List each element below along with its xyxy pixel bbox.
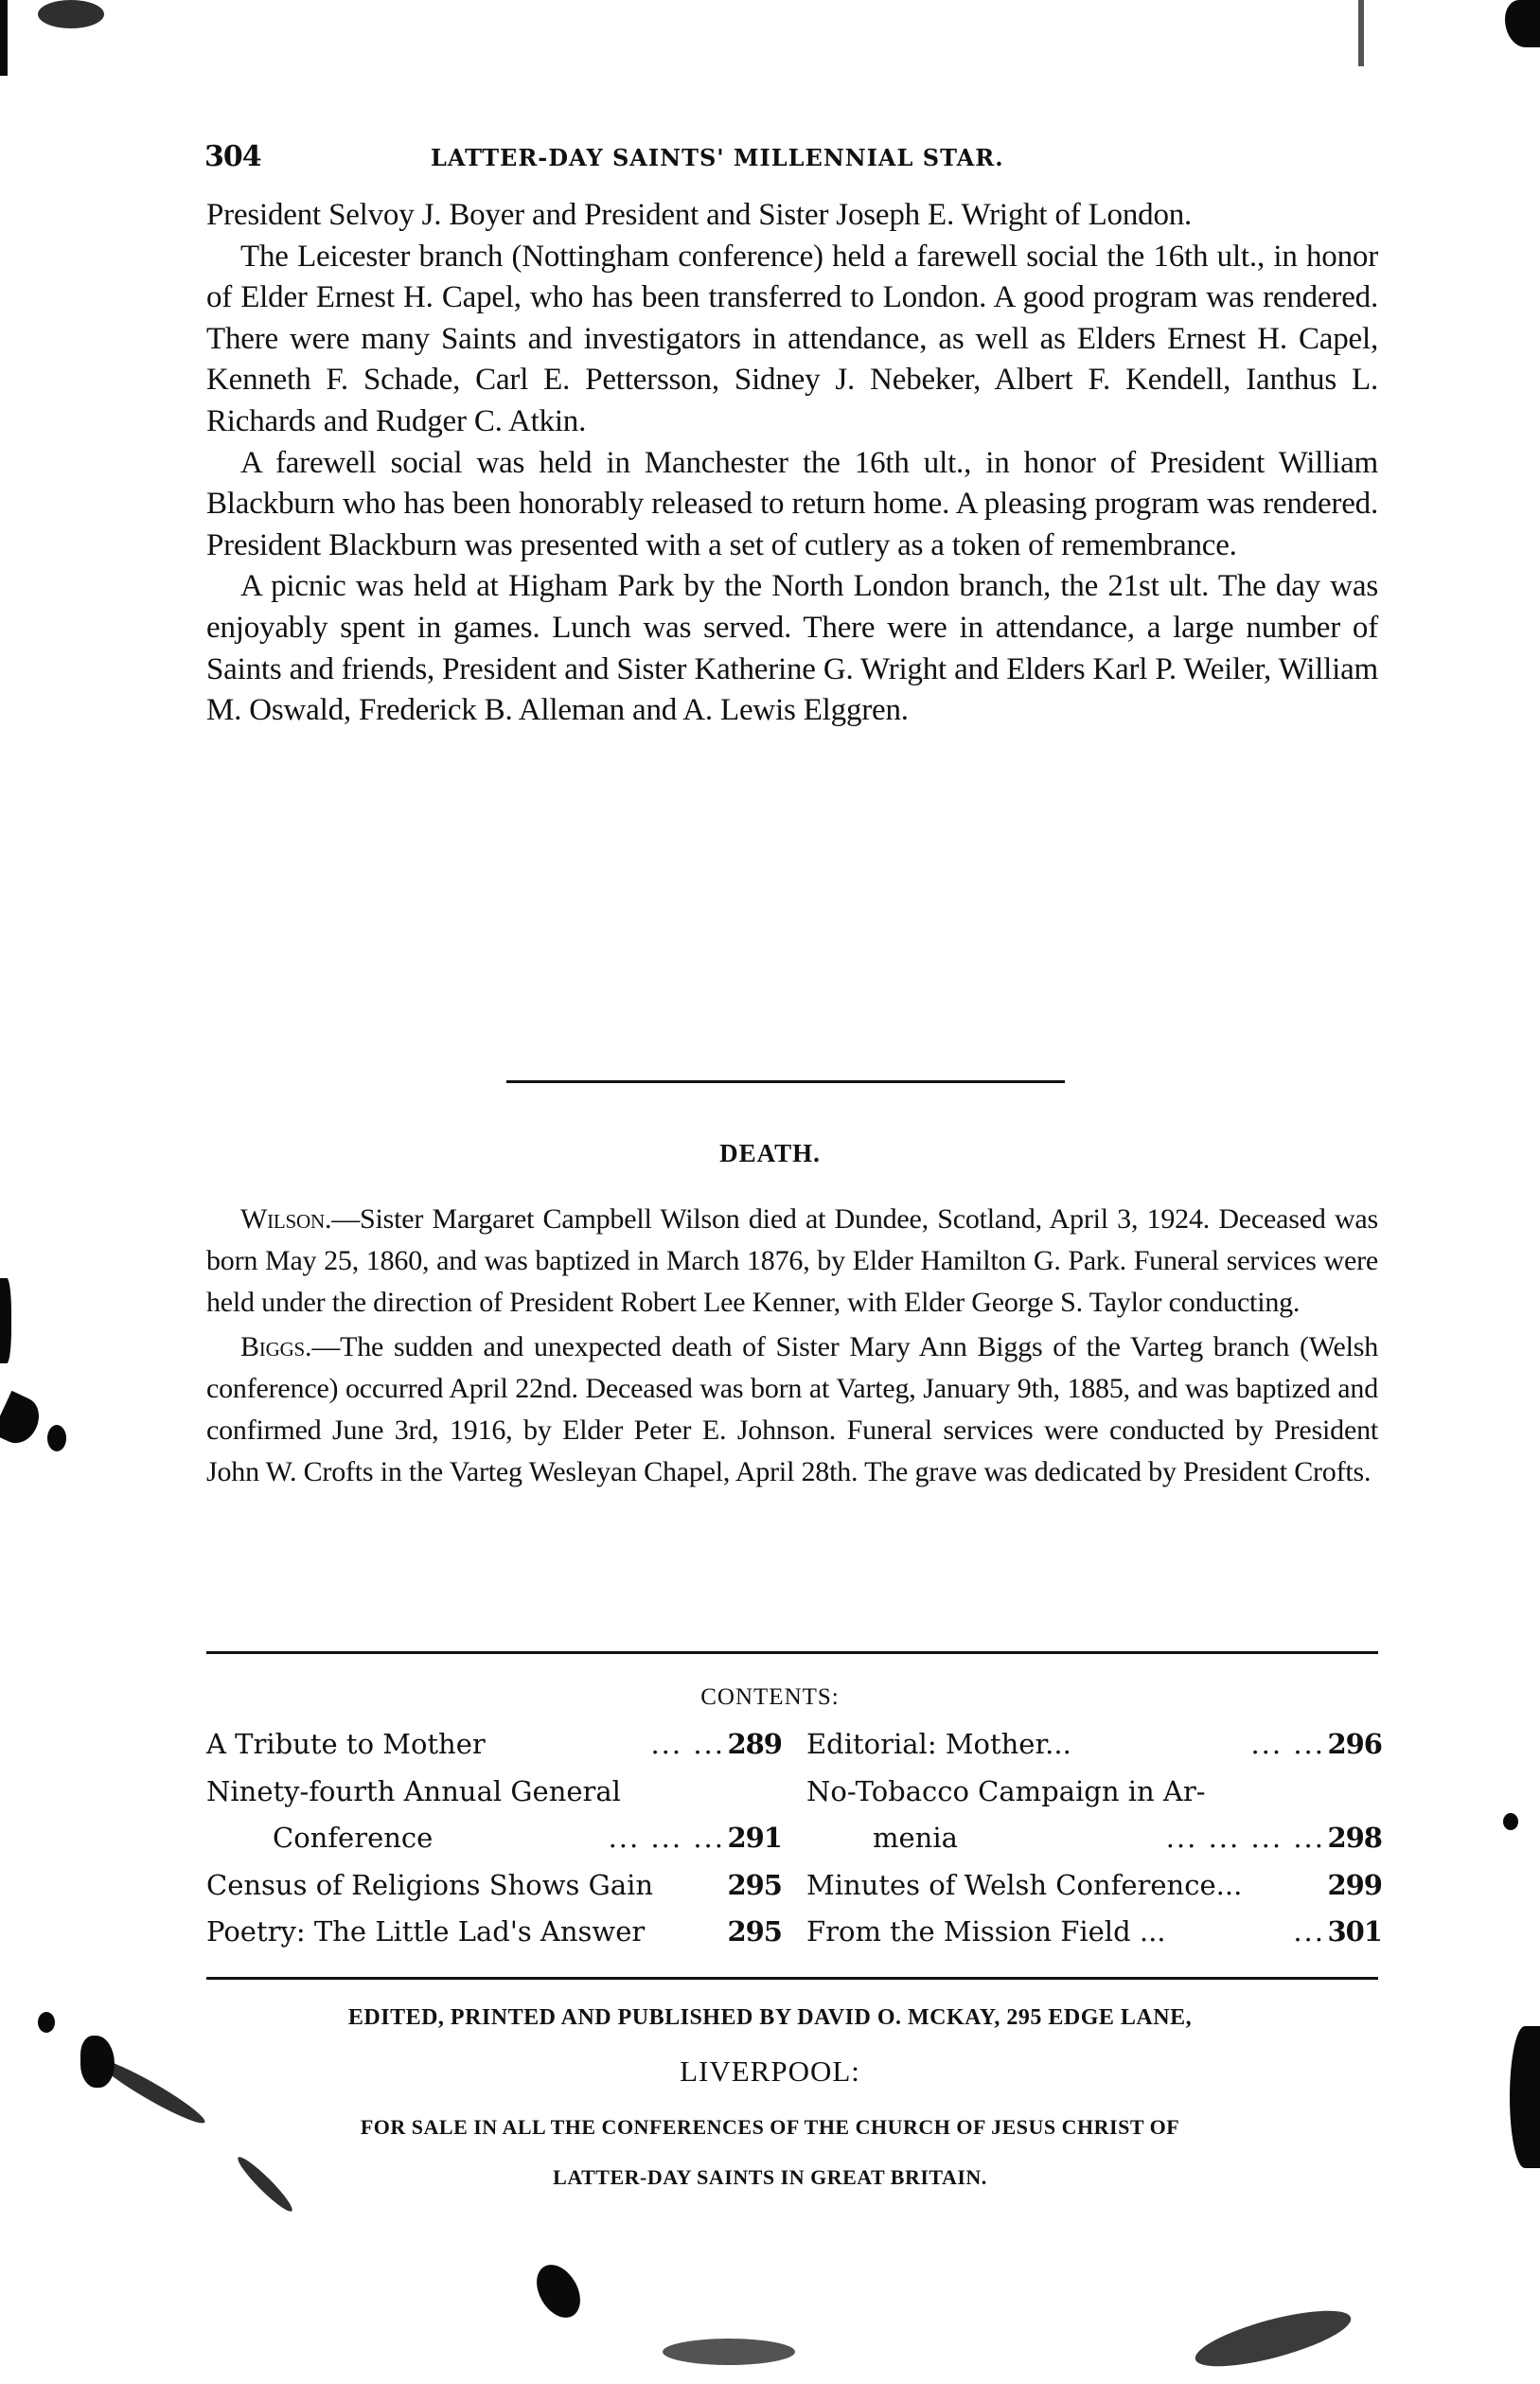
document-page: 304 LATTER-DAY SAINTS' MILLENNIAL STAR. … — [0, 0, 1540, 2384]
toc-page: 301 — [1327, 1909, 1382, 1956]
toc-title: From the Mission Field ... — [806, 1909, 1166, 1956]
toc-title: Census of Religions Shows Gain — [206, 1862, 653, 1910]
toc-page: 289 — [727, 1721, 782, 1769]
notice-surname: Wilson. — [240, 1203, 331, 1235]
toc-entry-continuation[interactable]: Conference ... ... ... 291 — [206, 1815, 782, 1862]
notice-surname: Biggs. — [240, 1331, 311, 1362]
scan-artifact — [38, 0, 104, 28]
toc-entry[interactable]: Poetry: The Little Lad's Answer 295 — [206, 1909, 782, 1956]
toc-leader: ... — [1293, 1909, 1325, 1956]
toc-title: Conference — [273, 1815, 433, 1862]
scan-artifact — [0, 1391, 46, 1450]
article-paragraph-4: A picnic was held at Higham Park by the … — [206, 566, 1378, 731]
page-number: 304 — [204, 140, 261, 173]
toc-entry-continuation[interactable]: menia ... ... ... ... 298 — [806, 1815, 1382, 1862]
toc-entry[interactable]: Editorial: Mother... ... ... 296 — [806, 1721, 1382, 1769]
toc-leader: ... ... — [1250, 1721, 1325, 1769]
toc-leader: ... ... ... ... — [1166, 1815, 1325, 1862]
toc-title: Editorial: Mother... — [806, 1721, 1071, 1769]
scan-artifact — [663, 2339, 795, 2365]
toc-entry[interactable]: From the Mission Field ... ... 301 — [806, 1909, 1382, 1956]
death-notice-wilson: Wilson.—Sister Margaret Campbell Wilson … — [206, 1199, 1378, 1323]
toc-page: 295 — [727, 1862, 782, 1910]
imprint-publisher: EDITED, PRINTED AND PUBLISHED BY DAVID O… — [0, 2005, 1540, 2031]
contents-left-column: A Tribute to Mother ... ... 289 Ninety-f… — [206, 1721, 782, 1956]
death-notice-biggs: Biggs.—The sudden and unexpected death o… — [206, 1326, 1378, 1492]
article-paragraph-2: The Leicester branch (Nottingham confere… — [206, 237, 1378, 443]
scan-artifact — [1505, 0, 1540, 47]
toc-page: 299 — [1327, 1862, 1382, 1910]
scan-artifact — [1191, 2300, 1356, 2378]
toc-leader: ... ... — [650, 1721, 725, 1769]
section-divider — [506, 1080, 1065, 1083]
toc-page: 291 — [727, 1815, 782, 1862]
imprint-region: LATTER-DAY SAINTS IN GREAT BRITAIN. — [0, 2165, 1540, 2190]
scan-artifact — [1503, 1813, 1518, 1830]
scan-artifact — [1358, 0, 1364, 66]
toc-title: Poetry: The Little Lad's Answer — [206, 1909, 645, 1956]
toc-page: 295 — [727, 1909, 782, 1956]
scan-artifact — [47, 1425, 66, 1451]
article-paragraph-3: A farewell social was held in Manchester… — [206, 443, 1378, 567]
scan-artifact — [0, 0, 8, 76]
contents-heading: CONTENTS: — [0, 1684, 1540, 1711]
contents-bottom-rule — [206, 1977, 1378, 1980]
toc-title: No-Tobacco Campaign in Ar- — [806, 1769, 1206, 1816]
imprint-sale: FOR SALE IN ALL THE CONFERENCES OF THE C… — [0, 2115, 1540, 2140]
notice-text: —The sudden and unexpected death of Sist… — [206, 1331, 1378, 1486]
toc-entry[interactable]: Census of Religions Shows Gain 295 — [206, 1862, 782, 1910]
toc-entry[interactable]: No-Tobacco Campaign in Ar- — [806, 1769, 1382, 1816]
toc-page: 296 — [1327, 1721, 1382, 1769]
scan-artifact — [38, 2012, 55, 2033]
toc-entry[interactable]: A Tribute to Mother ... ... 289 — [206, 1721, 782, 1769]
scan-artifact — [1510, 2026, 1540, 2168]
running-header-title: LATTER-DAY SAINTS' MILLENNIAL STAR. — [431, 144, 1004, 171]
scan-artifact — [528, 2257, 590, 2325]
scan-artifact — [0, 1278, 11, 1363]
toc-entry[interactable]: Ninety-fourth Annual General — [206, 1769, 782, 1816]
toc-leader: ... ... ... — [609, 1815, 725, 1862]
toc-page: 298 — [1327, 1815, 1382, 1862]
toc-title: Minutes of Welsh Conference... — [806, 1862, 1242, 1910]
notice-text: —Sister Margaret Campbell Wilson died at… — [206, 1203, 1378, 1318]
death-notices: Wilson.—Sister Margaret Campbell Wilson … — [206, 1199, 1378, 1493]
article-paragraph-1: President Selvoy J. Boyer and President … — [206, 195, 1378, 237]
contents-right-column: Editorial: Mother... ... ... 296 No-Toba… — [806, 1721, 1382, 1956]
toc-title: Ninety-fourth Annual General — [206, 1769, 621, 1816]
imprint-city: LIVERPOOL: — [0, 2055, 1540, 2089]
article-body: President Selvoy J. Boyer and President … — [206, 195, 1378, 732]
death-heading: DEATH. — [0, 1139, 1540, 1168]
toc-entry[interactable]: Minutes of Welsh Conference... 299 — [806, 1862, 1382, 1910]
toc-title: A Tribute to Mother — [206, 1721, 486, 1769]
toc-title: menia — [873, 1815, 958, 1862]
contents-top-rule — [206, 1651, 1378, 1654]
